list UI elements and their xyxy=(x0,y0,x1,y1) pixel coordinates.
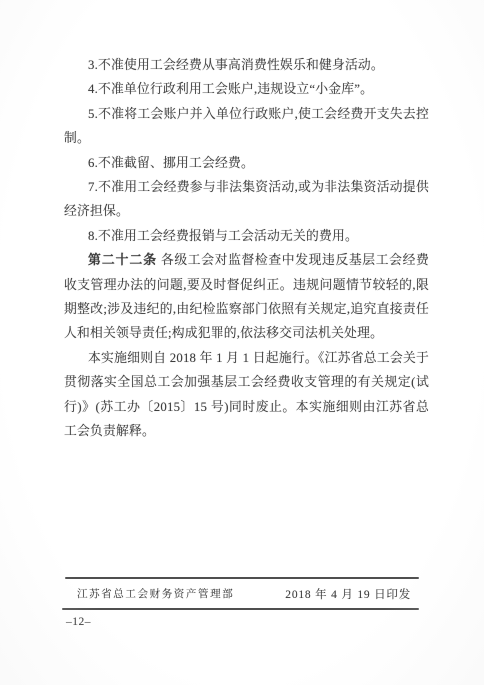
paragraph: 4.不准单位行政利用工会账户,违规设立“小金库”。 xyxy=(64,77,429,101)
document-page: 3.不准使用工会经费从事高消费性娱乐和健身活动。4.不准单位行政利用工会账户,违… xyxy=(0,0,484,685)
paragraph: 本实施细则自 2018 年 1 月 1 日起施行。《江苏省总工会关于贯彻落实全国… xyxy=(64,346,429,444)
document-body: 3.不准使用工会经费从事高消费性娱乐和健身活动。4.不准单位行政利用工会账户,违… xyxy=(64,53,429,444)
paragraph: 8.不准用工会经费报销与工会活动无关的费用。 xyxy=(64,224,429,248)
paragraph: 6.不准截留、挪用工会经费。 xyxy=(64,151,429,175)
paragraph: 7.不准用工会经费参与非法集资活动,或为非法集资活动提供经济担保。 xyxy=(64,175,429,224)
paragraph: 第二十二条 各级工会对监督检查中发现违反基层工会经费收支管理办法的问题,要及时督… xyxy=(64,248,429,346)
paragraph: 3.不准使用工会经费从事高消费性娱乐和健身活动。 xyxy=(64,53,429,77)
footer-department: 江苏省总工会财务资产管理部 xyxy=(77,586,234,601)
footer-rule-bottom xyxy=(62,608,419,610)
footer-print-date: 2018 年 4 月 19 日印发 xyxy=(285,586,411,602)
footer-row: 江苏省总工会财务资产管理部 2018 年 4 月 19 日印发 xyxy=(62,579,419,608)
paragraph: 5.不准将工会账户并入单位行政账户,使工会经费开支失去控制。 xyxy=(64,102,429,151)
page-number: –12– xyxy=(66,613,91,631)
article-number: 第二十二条 xyxy=(88,253,157,267)
page-footer: 江苏省总工会财务资产管理部 2018 年 4 月 19 日印发 xyxy=(62,577,419,610)
